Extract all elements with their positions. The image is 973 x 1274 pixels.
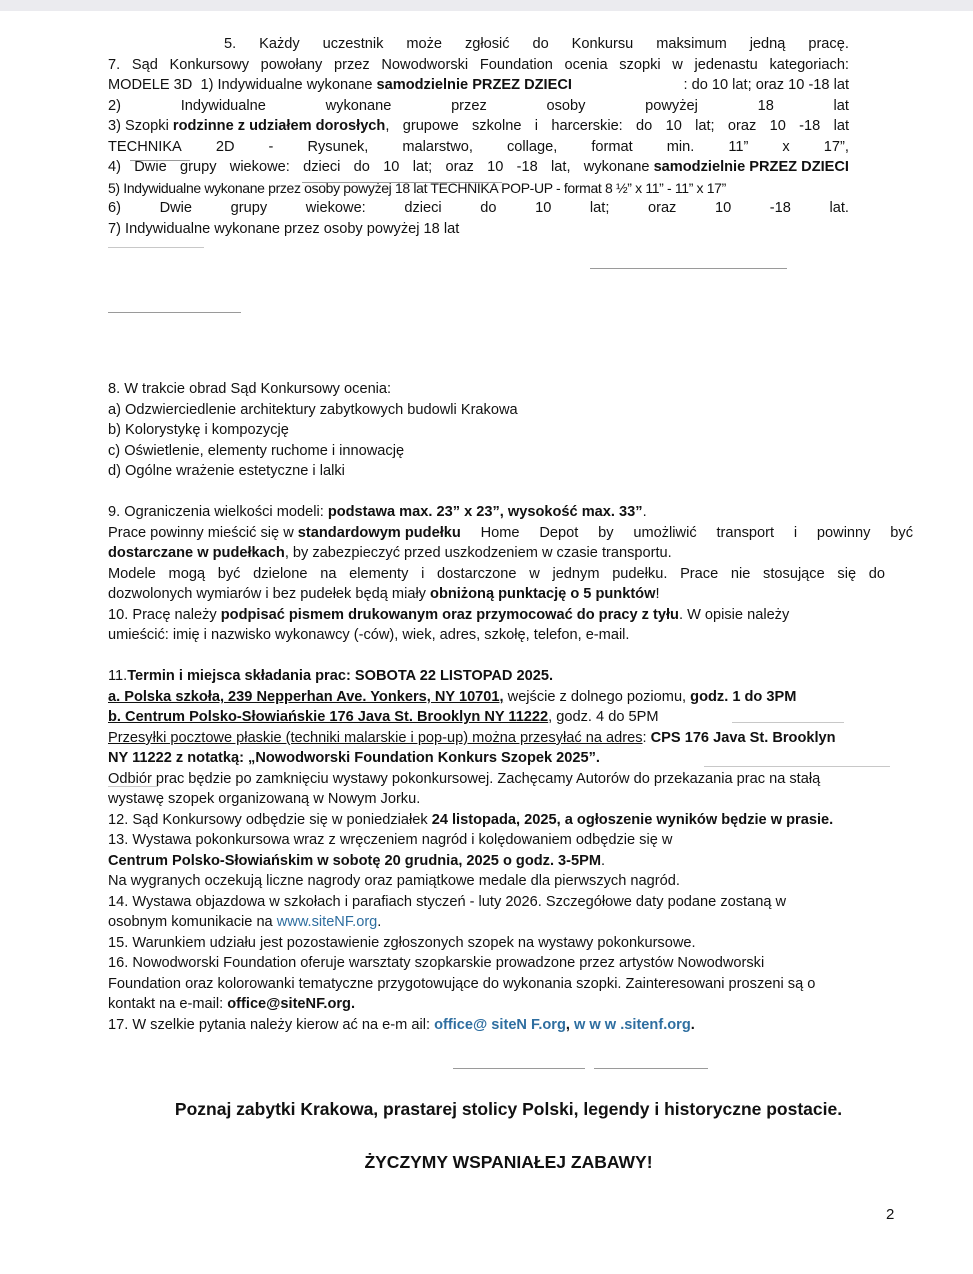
word: 10 — [715, 198, 731, 218]
contact-email[interactable]: office@siteNF.org. — [227, 996, 355, 1012]
word: x — [782, 137, 789, 157]
word: oraz — [648, 198, 676, 218]
word: 2) — [108, 96, 121, 116]
word: 5. — [224, 34, 236, 54]
page-number: 2 — [886, 1206, 894, 1223]
divider-rule — [590, 268, 787, 269]
word: -18 — [770, 198, 791, 218]
divider-rule — [453, 1068, 585, 1069]
section-8-item: d) Ogólne wrażenie estetyczne i lalki — [108, 461, 345, 481]
section-7-category-4: 4) Dwie grupy wiekowe: dzieci do 10 lat;… — [108, 157, 849, 177]
word: wykonane — [326, 96, 392, 116]
word: maksimum — [656, 34, 727, 54]
website-link[interactable]: www.siteNF.org — [277, 914, 378, 930]
section-11-mail-line-1: Przesyłki pocztowe płaskie (techniki mal… — [108, 728, 836, 748]
section-7-category-3: 3) Szopki rodzinne z udziałem dorosłych,… — [108, 116, 849, 136]
word: Rysunek, — [307, 137, 368, 157]
underline-mark — [130, 160, 190, 161]
section-11-location-b: b. Centrum Polsko-Słowiańskie 176 Java S… — [108, 707, 659, 727]
section-7-intro: 7. Sąd Konkursowy powołany przez Nowodwo… — [108, 55, 849, 75]
email-link[interactable]: office@ siteN F.org — [434, 1017, 566, 1033]
section-15: 15. Warunkiem udziału jest pozostawienie… — [108, 933, 696, 953]
section-12: 12. Sąd Konkursowy odbędzie się w ponied… — [108, 810, 833, 830]
word: 6) — [108, 198, 121, 218]
section-10-line-1: 10. Pracę należy podpisać pismem drukowa… — [108, 605, 789, 625]
section-11-title: 11.Termin i miejsca składania prac: SOBO… — [108, 666, 553, 686]
section-16-line-3: kontakt na e-mail: office@siteNF.org. — [108, 994, 355, 1014]
word: grupy — [231, 198, 268, 218]
section-9-line-2: Prace powinny mieścić się w standardowym… — [108, 523, 913, 543]
section-11-pickup-line-2: wystawę szopek organizowaną w Nowym Jork… — [108, 789, 420, 809]
word: przez — [451, 96, 487, 116]
word: do — [532, 34, 548, 54]
word: Każdy — [259, 34, 300, 54]
section-14-line-2: osobnym komunikacie na www.siteNF.org. — [108, 912, 381, 932]
section-7-category-6: 6)Dwiegrupywiekowe:dziecido10lat;oraz10-… — [108, 198, 849, 218]
word: 18 — [758, 96, 774, 116]
word: może — [406, 34, 442, 54]
section-9-line-3: dostarczane w pudełkach, by zabezpieczyć… — [108, 543, 672, 563]
word: 17”, — [824, 137, 849, 157]
word: min. — [667, 137, 695, 157]
section-9-line-5: dozwolonych wymiarów i bez pudełek będą … — [108, 584, 660, 604]
section-11-mail-line-2: NY 11222 z notatką: „Nowodworski Foundat… — [108, 748, 600, 768]
section-8-item: b) Kolorystykę i kompozycję — [108, 420, 289, 440]
word: wiekowe: — [306, 198, 366, 218]
word: uczestnik — [323, 34, 384, 54]
word: 2D — [216, 137, 235, 157]
section-17: 17. W szelkie pytania należy kierow ać n… — [108, 1015, 695, 1035]
viewer-top-bar — [0, 0, 973, 11]
section-9-line-4: Modele mogą być dzielone na elementy i d… — [108, 564, 885, 584]
word: 10 — [535, 198, 551, 218]
section-13-line-3: Na wygranych oczekują liczne nagrody ora… — [108, 871, 680, 891]
word: jedną — [750, 34, 786, 54]
section-13-line-2: Centrum Polsko-Słowiańskim w sobotę 20 g… — [108, 851, 605, 871]
word: lat. — [829, 198, 848, 218]
underline-mark — [108, 786, 158, 787]
divider-rule — [594, 1068, 708, 1069]
section-13-line-1: 13. Wystawa pokonkursowa wraz z wręczeni… — [108, 830, 672, 850]
closing-line: Poznaj zabytki Krakowa, prastarej stolic… — [0, 1099, 973, 1120]
strike-mark — [302, 182, 502, 183]
section-7-category-7: 7) Indywidualne wykonane przez osoby pow… — [108, 219, 459, 239]
word: lat — [834, 96, 849, 116]
section-8-item: a) Odzwierciedlenie architektury zabytko… — [108, 400, 518, 420]
word: do — [480, 198, 496, 218]
section-7-technika-2d: TECHNIKA2D-Rysunek,malarstwo,collage,for… — [108, 137, 849, 157]
section-7-modele-3d: MODELE 3D 1) Indywidualne wykonane samod… — [108, 75, 849, 95]
word: Konkursu — [572, 34, 634, 54]
word: powyżej — [645, 96, 698, 116]
divider-rule — [732, 722, 844, 723]
word: Dwie — [160, 198, 192, 218]
divider-rule — [704, 766, 890, 767]
word: osoby — [546, 96, 585, 116]
word: - — [269, 137, 274, 157]
word: dzieci — [404, 198, 441, 218]
divider-rule — [108, 247, 204, 248]
word: collage, — [507, 137, 557, 157]
section-11-location-a: a. Polska szkoła, 239 Nepperhan Ave. Yon… — [108, 687, 796, 707]
section-16-line-2: Foundation oraz kolorowanki tematyczne p… — [108, 974, 815, 994]
section-5-line: 5.KażdyuczestnikmożezgłosićdoKonkursumak… — [224, 34, 849, 54]
section-14-line-1: 14. Wystawa objazdowa w szkołach i paraf… — [108, 892, 786, 912]
closing-wish: ŻYCZYMY WSPANIAŁEJ ZABAWY! — [0, 1152, 973, 1173]
word: format — [591, 137, 632, 157]
section-8-title: 8. W trakcie obrad Sąd Konkursowy ocenia… — [108, 379, 391, 399]
word: 11” — [728, 137, 748, 157]
word: pracę. — [808, 34, 849, 54]
section-11-pickup-line-1: Odbiór prac będzie po zamknięciu wystawy… — [108, 769, 820, 789]
word: malarstwo, — [402, 137, 473, 157]
section-16-line-1: 16. Nowodworski Foundation oferuje warsz… — [108, 953, 764, 973]
section-10-line-2: umieścić: imię i nazwisko wykonawcy (-có… — [108, 625, 629, 645]
section-8-item: c) Oświetlenie, elementy ruchome i innow… — [108, 441, 404, 461]
section-7-category-2: 2)Indywidualnewykonaneprzezosobypowyżej1… — [108, 96, 849, 116]
divider-rule — [108, 312, 241, 313]
word: TECHNIKA — [108, 137, 182, 157]
section-7-category-5: 5) Indywidualne wykonane przez osoby pow… — [108, 178, 726, 198]
word: zgłosić — [465, 34, 510, 54]
section-9-line-1: 9. Ograniczenia wielkości modeli: podsta… — [108, 502, 647, 522]
word: lat; — [590, 198, 609, 218]
website-link[interactable]: w w w .sitenf.org — [574, 1017, 691, 1033]
word: Indywidualne — [181, 96, 266, 116]
